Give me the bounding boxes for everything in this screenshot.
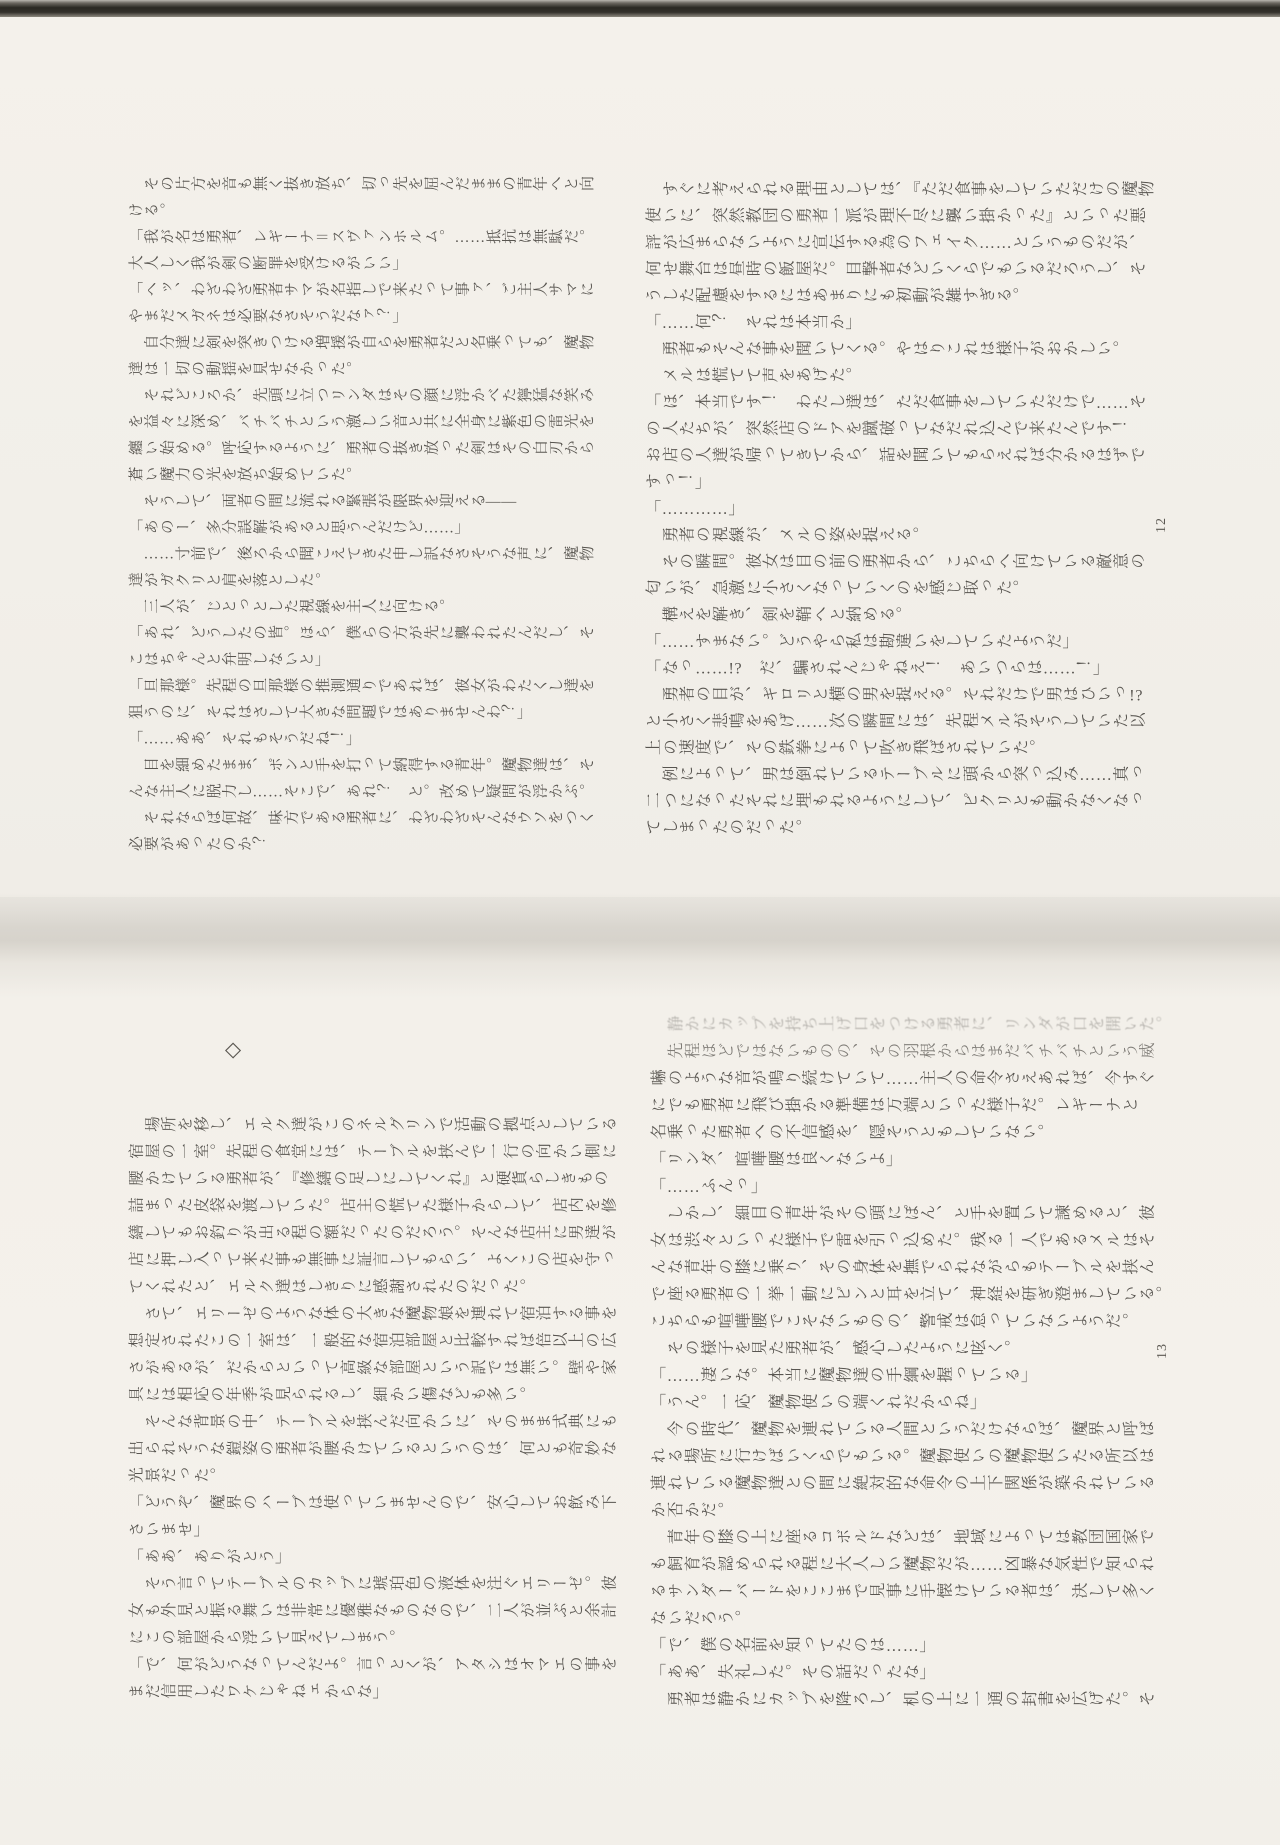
- text-line: メルは慌てて声をあげた。: [645, 364, 1152, 391]
- text-line: ないだろう。: [650, 1606, 1162, 1633]
- text-line: てしまったのだった。: [645, 816, 1152, 843]
- text-line: 「ほ、本当です！ わたし達は、ただ食事をしていただけで……そ: [645, 391, 1152, 418]
- text-line: さがあるが、だからといって高級な部屋という訳では無い。壁や家: [128, 1355, 622, 1382]
- text-line: 「うん。一応、魔物使いの端くれだからね」: [650, 1390, 1162, 1417]
- text-line: 女は渋々といった様子で雷を引っ込めた。残る一人であるメルはそ: [650, 1228, 1162, 1255]
- text-line: を益々に深め、バチバチという激しい音と共に全身に紫色の雷光を: [128, 410, 600, 436]
- text-line: 出られそうな鎧姿の勇者が腰かけているというのは、何とも奇妙な: [128, 1436, 622, 1463]
- text-line: まだ信用したワケじゃねェからな」: [128, 1679, 622, 1706]
- text-line: さいませ」: [128, 1517, 622, 1544]
- text-line: それどころか、先頭に立つリンダはその顔に浮かべた獰猛な笑み: [128, 383, 600, 409]
- text-line: 「なっ……!? だ、騙されんじゃねえ！ あいつらは……！」: [645, 657, 1152, 684]
- text-line: 蒼い魔力の光を放ち始めていた。: [128, 462, 600, 488]
- text-line: そうして、両者の間に流れる緊張が限界を迎える――: [128, 489, 600, 515]
- text-line: 例によって、男は倒れているテーブルに頭から突っ込み……真っ: [645, 763, 1152, 790]
- text-line: それならば何故、味方である勇者に、わざわざそんなウソをつく: [128, 806, 600, 832]
- page-13-lower-tier: 静かにカップを持ち上げ口をつける勇者に、リンダが口を開いた。 先程ほどではないも…: [650, 1012, 1162, 1716]
- text-line: れる場所に行けばいくらでもいる。魔物使いの魔物使いたる所以は: [650, 1444, 1162, 1471]
- text-line: 狙うのに、それはさして大きな問題ではありませんわ？」: [128, 700, 600, 726]
- text-line: 静かにカップを持ち上げ口をつける勇者に、リンダが口を開いた。: [650, 1012, 1162, 1039]
- text-line: 「…………」: [645, 497, 1152, 524]
- text-line: 構えを解き、剣を鞘へと納める。: [645, 604, 1152, 631]
- text-line: うした配慮をするにはあまりにも初動が雑すぎる。: [645, 284, 1152, 311]
- text-line: 勇者の目が、ギロリと横の男を捉える。それだけで男はひいっ!?: [645, 683, 1152, 710]
- text-line: やまだメガネは必要なさそうだなァ？」: [128, 304, 600, 330]
- text-line: 「我が名は勇者、レギーナ＝スヴァンホルム。……抵抗は無駄だ。: [128, 225, 600, 251]
- text-line: 「どうぞ、魔界のハーブは使っていませんので、安心してお飲み下: [128, 1490, 622, 1517]
- text-line: 「……凄いな。本当に魔物達の手綱を握っている」: [650, 1363, 1162, 1390]
- text-line: 評が広まらないように宣伝する為のフェイク……というものだが、: [645, 231, 1152, 258]
- text-line: さて、エリーゼのような体の大きな魔物娘を連れて宿泊する事を: [128, 1301, 622, 1328]
- text-line: 大人しく我が剣の断罪を受けるがいい」: [128, 251, 600, 277]
- page-13-upper-tier: 場所を移し、エルク達がこのネルグリンで活動の拠点としている宿屋の一室。先程の食堂…: [128, 1112, 622, 1706]
- text-line: 「旦那様。先程の旦那様の推測通りであれば、彼女がわたくし達を: [128, 674, 600, 700]
- text-line: そんな背景の中、テーブルを挟んだ向かいに、そのまま式典にも: [128, 1409, 622, 1436]
- text-line: と小さく悲鳴をあげ……次の瞬間には、先程メルがそうしていた以: [645, 710, 1152, 737]
- scan-top-edge: [0, 0, 1280, 17]
- text-line: にこの部屋から浮いて見えてしまう。: [128, 1625, 622, 1652]
- text-line: その瞬間。彼女は目の前の勇者から、こちらへ向けている敵意の: [645, 550, 1152, 577]
- text-line: 詰まった皮袋を渡していた。店主の慌てた様子からして、店内を修: [128, 1193, 622, 1220]
- text-line: の人たちが、突然店のドアを蹴破ってなだれ込んで来たんです！: [645, 417, 1152, 444]
- text-line: 連れている魔物達との間に絶対的な命令の上下関係が築かれている: [650, 1471, 1162, 1498]
- page-13-lower-tier-text: 静かにカップを持ち上げ口をつける勇者に、リンダが口を開いた。 先程ほどではないも…: [650, 1012, 1162, 1716]
- text-line: 「……ああ、それもそうだね！」: [128, 727, 600, 753]
- text-line: 匂いが、急激に小さくなっていくのを感じ取った。: [645, 577, 1152, 604]
- text-line: 自分達に剣を突きつける増援が自らを勇者だと名乗っても、魔物: [128, 330, 600, 356]
- text-line: 繕してもお釣りが出る程の額だったのだろう。そんな店主に男達が: [128, 1220, 622, 1247]
- text-line: 使いに、突然教団の勇者一派が理不尽に襲い掛かった』といった悪: [645, 205, 1152, 232]
- text-line: 「で、何がどうなってんだよ。言っとくが、アタシはオマエの事を: [128, 1652, 622, 1679]
- text-line: 達は一切の動揺を見せなかった。: [128, 357, 600, 383]
- page-12-upper-tier-text: その片方を音も無く抜き放ち、切っ先を屈んだままの青年へと向ける。「我が名は勇者、…: [128, 172, 600, 860]
- text-line: で座る勇者の一挙一動にピンと耳を立て、神経を研ぎ澄ましている。: [650, 1282, 1162, 1309]
- text-line: 今の時代、魔物を連れている人間というだけならば、魔界と呼ば: [650, 1417, 1162, 1444]
- text-line: 纏い始める。呼応するように、勇者の抜き放った剣はその白刃から: [128, 436, 600, 462]
- text-line: 「で、僕の名前を知ってたのは……」: [650, 1633, 1162, 1660]
- text-line: 名乗った勇者への不信感を、隠そうともしていない。: [650, 1120, 1162, 1147]
- page-12-lower-tier: すぐに考えられる理由としては、『ただ食事をしていただけの魔物使いに、突然教団の勇…: [645, 178, 1152, 845]
- text-line: るサンダーバードをここまで見事に手懐けている者は、決して多く: [650, 1579, 1162, 1606]
- text-line: 上の速度で、その鉄拳によって吹き飛ばされていた。: [645, 736, 1152, 763]
- text-line: 「あのー、多分誤解があると思うんだけど……」: [128, 515, 600, 541]
- text-line: しかし、細目の青年がその頭にぽん、と手を置いて諫めると、彼: [650, 1201, 1162, 1228]
- page-12-upper-tier: その片方を音も無く抜き放ち、切っ先を屈んだままの青年へと向ける。「我が名は勇者、…: [128, 172, 600, 860]
- text-line: も飼育が認められる程に大人しい魔物だが……凶暴な気性で知られ: [650, 1552, 1162, 1579]
- text-line: 「……ふんっ」: [650, 1174, 1162, 1201]
- text-line: 場所を移し、エルク達がこのネルグリンで活動の拠点としている: [128, 1112, 622, 1139]
- text-line: 光景だった。: [128, 1463, 622, 1490]
- text-line: 達がガクリと肩を落とした。: [128, 568, 600, 594]
- scene-break-diamond: ◇: [220, 1042, 245, 1058]
- page-13-upper-tier-text: 場所を移し、エルク達がこのネルグリンで活動の拠点としている宿屋の一室。先程の食堂…: [128, 1112, 622, 1706]
- text-line: 「……何？ それは本当か」: [645, 311, 1152, 338]
- text-line: 腰かけている勇者が、『修繕の足しにしてくれ』と硬貨らしきもの: [128, 1166, 622, 1193]
- text-line: すぐに考えられる理由としては、『ただ食事をしていただけの魔物: [645, 178, 1152, 205]
- text-line: 想定されたこの一室は、一般的な宿泊部屋と比較すれば倍以上の広: [128, 1328, 622, 1355]
- text-line: か否かだ。: [650, 1498, 1162, 1525]
- text-line: んな主人に脱力し……そこで、あれ？ と。改めて疑問が浮かぶ。: [128, 779, 600, 805]
- text-line: 具には相応の年季が見られるし、細かい傷なども多い。: [128, 1382, 622, 1409]
- text-line: にでも勇者に飛び掛かる準備は万端といった様子だ。レギーナと: [650, 1093, 1162, 1120]
- text-line: 嚇のような音が鳴り続けていて……主人の命令さえあれば、今すぐ: [650, 1066, 1162, 1093]
- text-line: こはちゃんと弁明しないと」: [128, 647, 600, 673]
- text-line: 勇者もそんな事を聞いてくる。やはりこれは様子がおかしい。: [645, 338, 1152, 365]
- text-line: 女も外見と振る舞いは非常に優雅なものなので、二人が並ぶと余計: [128, 1598, 622, 1625]
- text-line: 先程ほどではないものの、その羽根からはまだバチバチという威: [650, 1039, 1162, 1066]
- text-line: 店に押し入って来た事も無事に証言してもらい、よくこの店を守っ: [128, 1247, 622, 1274]
- text-line: お店の人達が帰ってきてから、話を聞いてもらえれば分かるはずで: [645, 444, 1152, 471]
- text-line: 「ああ、失礼した。その話だったな」: [650, 1660, 1162, 1687]
- text-line: そう言ってテーブルのカップに琥珀色の液体を注ぐエリーゼ。彼: [128, 1571, 622, 1598]
- text-line: 「あれ、どうしたの皆。ほら、僕らの方が先に襲われたんだし、そ: [128, 621, 600, 647]
- text-line: 勇者は静かにカップを降ろし、机の上に一通の封書を広げた。そ: [650, 1687, 1162, 1714]
- page-number-13: 13: [1155, 1343, 1171, 1359]
- text-line: 勇者の視線が、メルの姿を捉える。: [645, 524, 1152, 551]
- page-number-12: 12: [1154, 517, 1170, 533]
- text-line: 「ああ、ありがとう」: [128, 1544, 622, 1571]
- text-line: こちらも喧嘩腰でこそないものの、警戒は怠っていないようだ。: [650, 1309, 1162, 1336]
- text-line: 何せ舞台は昼時の飯屋だ。目撃者などいくらでもいるだろうし、そ: [645, 258, 1152, 285]
- page-12-lower-tier-text: すぐに考えられる理由としては、『ただ食事をしていただけの魔物使いに、突然教団の勇…: [645, 178, 1152, 845]
- text-line: ……寸前で、後ろから聞こえてきた申し訳なさそうな声に、魔物: [128, 542, 600, 568]
- text-line: 目を細めたまま、ポンと手を打って納得する青年。魔物達は、そ: [128, 753, 600, 779]
- text-line: 「ヘッ、わざわざ勇者サマが名指しで来たって事ァ、ご主人サマに: [128, 278, 600, 304]
- text-line: んな青年の膝に乗り、その身体を撫でられながらもテーブルを挟ん: [650, 1255, 1162, 1282]
- text-line: 三人が、じとっとした視線を主人に向ける。: [128, 595, 600, 621]
- text-line: 宿屋の一室。先程の食堂には、テーブルを挟んで一行の向かい側に: [128, 1139, 622, 1166]
- text-line: 「リンダ、喧嘩腰は良くないよ」: [650, 1147, 1162, 1174]
- text-line: その片方を音も無く抜き放ち、切っ先を屈んだままの青年へと向: [128, 172, 600, 198]
- text-line: ける。: [128, 198, 600, 224]
- page-gutter-shadow: [0, 893, 1280, 999]
- text-line: すっ！」: [645, 471, 1152, 498]
- text-line: 「……すまない。どうやら私は勘違いをしていたようだ」: [645, 630, 1152, 657]
- text-line: 青年の膝の上に座るコボルドなどは、地域によっては教団国家で: [650, 1525, 1162, 1552]
- text-line: 必要があったのか？: [128, 832, 600, 858]
- text-line: その様子を見た勇者が、感心したように呟く。: [650, 1336, 1162, 1363]
- text-line: 二つになったそれに埋もれるようにして、ピクリとも動かなくなっ: [645, 790, 1152, 817]
- text-line: てくれたと、エルク達はしきりに感謝されたのだった。: [128, 1274, 622, 1301]
